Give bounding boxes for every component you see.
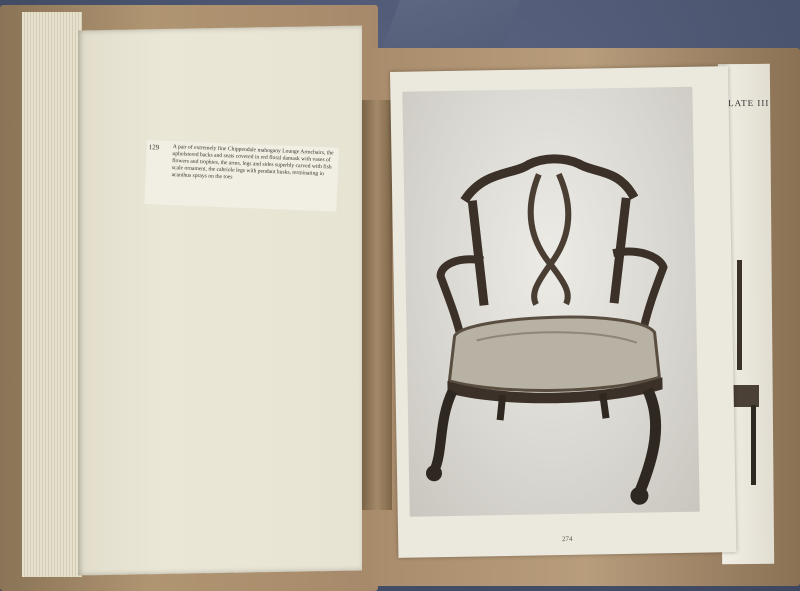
lot-description: A pair of extremely fine Chippendale mah… (171, 144, 334, 185)
left-page (78, 26, 362, 576)
lot-number: 129 (149, 143, 160, 152)
left-page-edges (22, 12, 82, 577)
chair-photograph (402, 87, 699, 517)
plate-label: LATE III (728, 98, 769, 108)
lot-caption: 129 A pair of extremely fine Chippendale… (144, 140, 338, 212)
book-spine (362, 100, 392, 510)
page-number: 274 (398, 532, 736, 546)
right-page-plate: 274 (390, 66, 736, 558)
armchair-illustration (402, 87, 699, 517)
